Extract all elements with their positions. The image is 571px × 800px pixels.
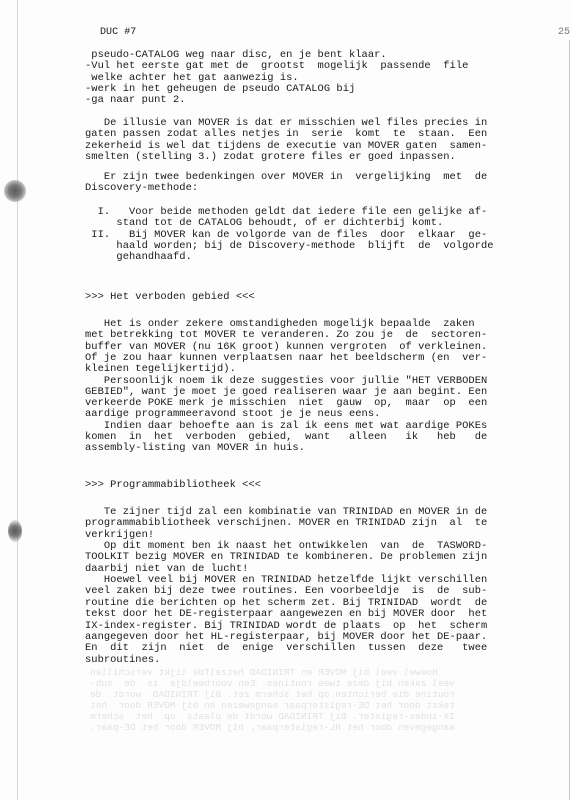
paragraph-line: aardige programmeeravond stoot je je neu… [85,409,380,420]
list-item: II. Bij MOVER kan de volgorde van de fil… [85,230,487,241]
text-line: -ga naar punt 2. [85,95,186,106]
ghost-line: Hoewel veel bij MOVER en TRINIDAD hetzel… [90,667,455,678]
document-header: DUC #7 [100,27,136,38]
paragraph-line: Hoewel veel bij MOVER en TRINIDAD hetzel… [85,575,487,586]
text-line: -Vul het eerste gat met de grootst mogel… [85,61,468,72]
paragraph-line: tekst door het DE-registerpaar aangeweze… [85,609,487,620]
paragraph-line: TOOLKIT bezig MOVER en TRINIDAD te kombi… [85,552,487,563]
punch-hole-icon [4,180,26,202]
scanned-page: DUC #7 25 pseudo-CATALOG weg naar disc, … [0,0,571,800]
paragraph-line: daarbij niet van de lucht! [85,564,248,575]
paragraph-line: Op dit moment ben ik naast het ontwikkel… [85,541,487,552]
ghost-line: routine die berichten op het scherm zet.… [90,689,455,700]
page-number: 25 [558,27,570,38]
ghost-line: tekst door het DE-registerpaar aangeweze… [90,700,455,711]
paragraph-line: verkrijgen! [85,530,154,541]
text-line: welke achter het gat aanwezig is. [85,73,299,84]
punch-hole-icon [8,520,22,542]
paragraph-line: kleinen tegelijkertijd). [85,364,236,375]
paragraph-line: gaten passen zodat alles netjes in serie… [85,129,487,140]
paragraph-line: En dit zijn niet de enige verschillen tu… [85,643,487,654]
paragraph-line: buffer van MOVER (nu 16K groot) kunnen v… [85,342,487,353]
paragraph-line: veel zaken bij deze twee routines. Een v… [85,586,487,597]
list-item: gehandhaafd. [85,252,192,263]
ghost-line: aangegeven door het HL-registerpaar, bij… [90,722,455,733]
paragraph-line: subroutines. [85,655,160,666]
ghost-line: IX-index-register. Bij TRINIDAD wordt de… [90,711,455,722]
list-item: stand tot de CATALOG behoudt, of er dich… [85,218,443,229]
section-heading: >>> Programmabibliotheek <<< [85,480,261,491]
section-heading: >>> Het verboden gebied <<< [85,292,255,303]
paragraph-line: Te zijner tijd zal een kombinatie van TR… [85,507,487,518]
paragraph-line: smelten (stelling 3.) zodat grotere file… [85,152,456,163]
paragraph-line: Discovery-methode: [85,183,198,194]
paragraph-line: IX-index-register. Bij TRINIDAD wordt de… [85,621,487,632]
paragraph-line: programmabibliotheek verschijnen. MOVER … [85,518,487,529]
paragraph-line: met betrekking tot MOVER te veranderen. … [85,330,487,341]
paragraph-line: routine die berichten op het scherm zet.… [85,598,487,609]
margin-line [17,0,18,800]
paragraph-line: Persoonlijk noem ik deze suggesties voor… [85,376,487,387]
paragraph-line: aangegeven door het HL-registerpaar, bij… [85,632,487,643]
paragraph-line: assembly-listing van MOVER in huis. [85,443,305,454]
page-edge [569,40,570,800]
ghost-line: veel zaken bij deze twee routines. Een v… [90,678,455,689]
paragraph-line: zekerheid is wel dat tijdens de executie… [85,141,487,152]
